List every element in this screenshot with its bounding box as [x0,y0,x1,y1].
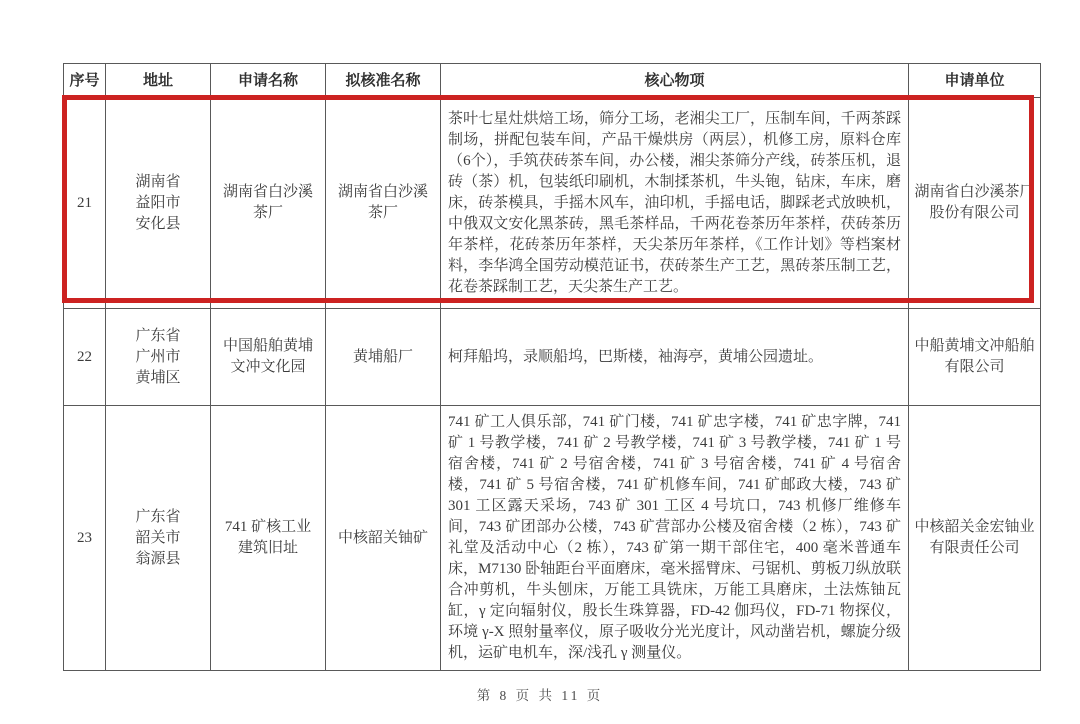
cell-address-22: 广东省 广州市 黄埔区 [106,309,211,406]
document-page: 序号 地址 申请名称 拟核准名称 核心物项 申请单位 21 湖南省 益阳市 安化… [0,0,1080,724]
cell-apply-name-22: 中国船舶黄埔 文冲文化园 [211,309,326,406]
cell-approved-name-23: 中核韶关铀矿 [326,406,441,671]
cell-core-items-23: 741 矿工人俱乐部，741 矿门楼，741 矿忠字楼，741 矿忠字牌，741… [441,406,909,671]
table-row-22: 22 广东省 广州市 黄埔区 中国船舶黄埔 文冲文化园 黄埔船厂 柯拜船坞，录顺… [64,309,1041,406]
cell-seq-23: 23 [64,406,106,671]
col-header-apply-name: 申请名称 [211,64,326,98]
cell-seq-21: 21 [64,98,106,309]
cell-apply-name-23: 741 矿核工业 建筑旧址 [211,406,326,671]
heritage-application-table: 序号 地址 申请名称 拟核准名称 核心物项 申请单位 21 湖南省 益阳市 安化… [63,63,1041,671]
cell-unit-21: 湖南省白沙溪茶厂 股份有限公司 [909,98,1041,309]
cell-address-23: 广东省 韶关市 翁源县 [106,406,211,671]
cell-approved-name-22: 黄埔船厂 [326,309,441,406]
header-row: 序号 地址 申请名称 拟核准名称 核心物项 申请单位 [64,64,1041,98]
cell-unit-22: 中船黄埔文冲船舶 有限公司 [909,309,1041,406]
cell-core-items-21: 茶叶七星灶烘焙工场，筛分工场，老湘尖工厂，压制车间，千两茶踩制场，拼配包装车间，… [441,98,909,309]
col-header-seq: 序号 [64,64,106,98]
page-footer: 第 8 页 共 11 页 [0,684,1080,704]
col-header-core-items: 核心物项 [441,64,909,98]
col-header-approved-name: 拟核准名称 [326,64,441,98]
cell-core-items-22: 柯拜船坞，录顺船坞，巴斯楼，袖海亭，黄埔公园遗址。 [441,309,909,406]
cell-address-21: 湖南省 益阳市 安化县 [106,98,211,309]
table-row-21: 21 湖南省 益阳市 安化县 湖南省白沙溪 茶厂 湖南省白沙溪 茶厂 茶叶七星灶… [64,98,1041,309]
cell-apply-name-21: 湖南省白沙溪 茶厂 [211,98,326,309]
table-row-23: 23 广东省 韶关市 翁源县 741 矿核工业 建筑旧址 中核韶关铀矿 741 … [64,406,1041,671]
cell-approved-name-21: 湖南省白沙溪 茶厂 [326,98,441,309]
cell-seq-22: 22 [64,309,106,406]
col-header-unit: 申请单位 [909,64,1041,98]
col-header-address: 地址 [106,64,211,98]
cell-unit-23: 中核韶关金宏铀业 有限责任公司 [909,406,1041,671]
